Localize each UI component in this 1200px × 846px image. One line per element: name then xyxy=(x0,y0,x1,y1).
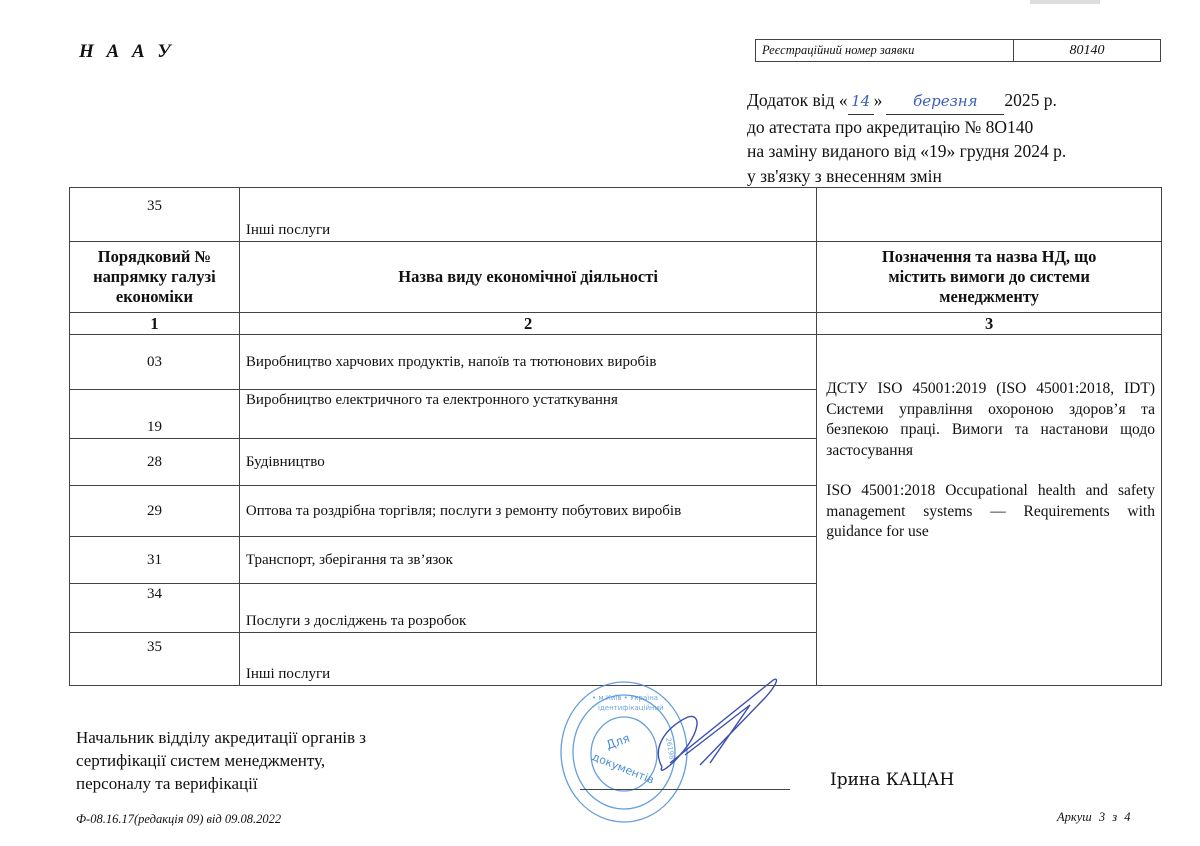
addendum-mid: » xyxy=(874,90,883,110)
addendum-prefix: Додаток від « xyxy=(747,90,848,110)
row-code: 19 xyxy=(70,390,240,439)
scan-artifact xyxy=(1030,0,1100,4)
stamp-text-1: Для xyxy=(604,731,632,752)
row-code: 34 xyxy=(70,584,240,633)
handwritten-day: 14 xyxy=(848,89,874,115)
carryover-name: Інші послуги xyxy=(239,188,816,242)
addendum-year: 2025 р. xyxy=(1004,90,1057,110)
registration-value: 80140 xyxy=(1014,40,1160,61)
row-code: 28 xyxy=(70,439,240,486)
row-name: Виробництво харчових продуктів, напоїв т… xyxy=(239,335,816,390)
header-row: Порядковий № напрямку галузі економіки Н… xyxy=(70,242,1162,313)
header-col3: Позначення та назва НД, що містить вимог… xyxy=(817,242,1162,313)
addendum-reason-line: у зв'язку з внесенням змін xyxy=(747,164,1066,189)
carryover-row: 35 Інші послуги xyxy=(70,188,1162,242)
signer-name: Ірина КАЦАН xyxy=(830,770,954,790)
carryover-standard xyxy=(817,188,1162,242)
addendum-certificate-line: до атестата про акредитацію № 8О140 xyxy=(747,115,1066,140)
row-name: Послуги з досліджень та розробок xyxy=(239,584,816,633)
row-name: Будівництво xyxy=(239,439,816,486)
sheet-number: Аркуш 3 з 4 xyxy=(1057,810,1130,825)
row-code: 03 xyxy=(70,335,240,390)
row-name: Оптова та роздрібна торгівля; послуги з … xyxy=(239,486,816,537)
form-code: Ф-08.16.17(редакція 09) від 09.08.2022 xyxy=(76,812,281,827)
organization-abbreviation: Н А А У xyxy=(79,41,175,63)
column-number-1: 1 xyxy=(70,313,240,335)
table-row: 03 Виробництво харчових продуктів, напої… xyxy=(70,335,1162,390)
header-col2: Назва виду економічної діяльності xyxy=(239,242,816,313)
signature-icon xyxy=(640,675,790,785)
row-name: Виробництво електричного та електронного… xyxy=(239,390,816,439)
row-code: 29 xyxy=(70,486,240,537)
handwritten-month: березня xyxy=(886,89,1004,115)
addendum-block: Додаток від «14»березня2025 р. до атеста… xyxy=(747,88,1066,188)
registration-number-box: Реєстраційний номер заявки 80140 xyxy=(755,39,1161,62)
column-number-row: 1 2 3 xyxy=(70,313,1162,335)
signature-line xyxy=(580,789,790,790)
accreditation-scope-table: 35 Інші послуги Порядковий № напрямку га… xyxy=(69,187,1162,686)
standard-iso: ISO 45001:2018 Occupational health and s… xyxy=(826,481,1155,543)
addendum-date-line: Додаток від «14»березня2025 р. xyxy=(747,88,1066,115)
standard-cell: ДСТУ ISO 45001:2019 (ISO 45001:2018, IDT… xyxy=(817,335,1162,686)
column-number-2: 2 xyxy=(239,313,816,335)
signer-title: Начальник відділу акредитації органів з … xyxy=(76,726,366,795)
addendum-replacement-line: на заміну виданого від «19» грудня 2024 … xyxy=(747,139,1066,164)
row-code: 31 xyxy=(70,537,240,584)
standard-dstu: ДСТУ ISO 45001:2019 (ISO 45001:2018, IDT… xyxy=(826,379,1155,461)
column-number-3: 3 xyxy=(817,313,1162,335)
registration-label: Реєстраційний номер заявки xyxy=(756,40,1014,61)
carryover-code: 35 xyxy=(70,188,240,242)
row-name: Транспорт, зберігання та зв’язок xyxy=(239,537,816,584)
row-code: 35 xyxy=(70,633,240,686)
header-col1: Порядковий № напрямку галузі економіки xyxy=(70,242,240,313)
